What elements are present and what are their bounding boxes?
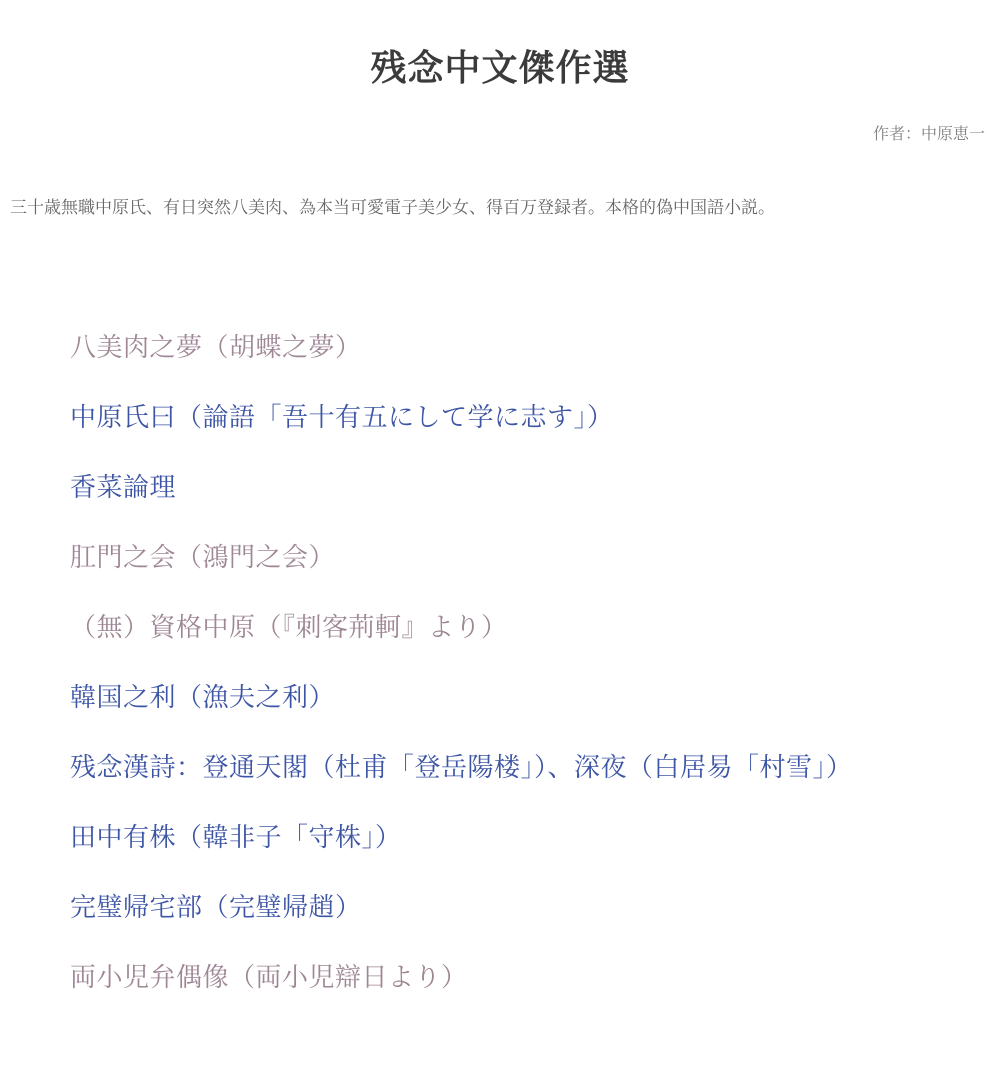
toc-link[interactable]: 中原氏曰（論語「吾十有五にして学に志す」） — [70, 382, 1000, 452]
page: 残念中文傑作選 作者：中原恵一 三十歳無職中原氏、有日突然八美肉、為本当可愛電子… — [0, 0, 1000, 1082]
page-title: 残念中文傑作選 — [0, 0, 1000, 91]
toc-link[interactable]: 香菜論理 — [70, 452, 1000, 522]
toc-list: 八美肉之夢（胡蝶之夢）中原氏曰（論語「吾十有五にして学に志す」）香菜論理肛門之会… — [0, 312, 1000, 1012]
toc-link[interactable]: 韓国之利（漁夫之利） — [70, 662, 1000, 732]
toc-link[interactable]: （無）資格中原（『刺客荊軻』より） — [70, 592, 1000, 662]
toc-link[interactable]: 田中有株（韓非子「守株」） — [70, 802, 1000, 872]
description: 三十歳無職中原氏、有日突然八美肉、為本当可愛電子美少女、得百万登録者。本格的偽中… — [0, 196, 1000, 220]
toc-link[interactable]: 肛門之会（鴻門之会） — [70, 522, 1000, 592]
toc-link[interactable]: 八美肉之夢（胡蝶之夢） — [70, 312, 1000, 382]
toc-link[interactable]: 両小児弁偶像（両小児辯日より） — [70, 942, 1000, 1012]
toc-link[interactable]: 完璧帰宅部（完璧帰趙） — [70, 872, 1000, 942]
author-line: 作者：中原恵一 — [0, 121, 1000, 144]
toc-link[interactable]: 残念漢詩：登通天閣（杜甫「登岳陽楼」）、深夜（白居易「村雪」） — [70, 732, 1000, 802]
